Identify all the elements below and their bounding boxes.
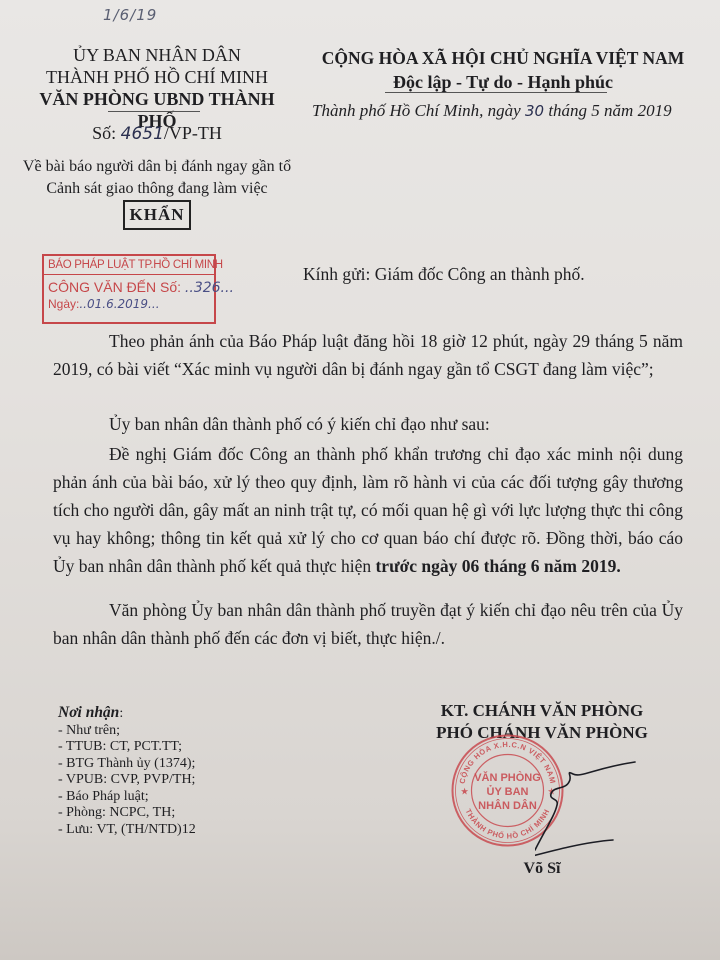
place-date: Thành phố Hồ Chí Minh, ngày 30 tháng 5 n… xyxy=(312,101,672,121)
recipient-item: - Phòng: NCPC, TH; xyxy=(58,805,196,822)
deadline-text: trước ngày 06 tháng 6 năm 2019. xyxy=(375,556,620,576)
receipt-stamp: BÁO PHÁP LUẬT TP.HỒ CHÍ MINH CÔNG VĂN ĐẾ… xyxy=(42,254,216,324)
para4-text: Văn phòng Ủy ban nhân dân thành phố truy… xyxy=(53,600,683,648)
recipient-item: - VPUB: CVP, PVP/TH; xyxy=(58,772,196,789)
national-header: CỘNG HÒA XÃ HỘI CHỦ NGHĨA VIỆT NAM Độc l… xyxy=(303,46,703,94)
signer-name: Võ Sĩ xyxy=(400,860,684,878)
date-day-handwritten: 30 xyxy=(525,102,544,120)
recipients-title: Nơi nhận xyxy=(58,704,119,721)
svg-text:ỦY BAN: ỦY BAN xyxy=(487,785,529,798)
date-suffix: tháng 5 năm 2019 xyxy=(544,101,672,120)
handwritten-note: 1/6/19 xyxy=(103,6,157,24)
subject-line1: Về bài báo người dân bị đánh ngay gần tổ xyxy=(20,156,294,178)
stamp-incoming-number: ..326... xyxy=(185,280,234,296)
recipient-item: - Như trên; xyxy=(58,723,196,740)
svg-text:VĂN PHÒNG: VĂN PHÒNG xyxy=(474,771,541,784)
issuer-header: ỦY BAN NHÂN DÂN THÀNH PHỐ HỒ CHÍ MINH VĂ… xyxy=(20,44,294,132)
para1-text: Theo phản ánh của Báo Pháp luật đăng hồi… xyxy=(53,331,683,379)
recipient-item: - TTUB: CT, PCT.TT; xyxy=(58,739,196,756)
national-title: CỘNG HÒA XÃ HỘI CHỦ NGHĨA VIỆT NAM xyxy=(303,46,703,70)
stamp-date-label: Ngày: xyxy=(48,297,79,311)
stamp-date: Ngày:..01.6.2019... xyxy=(44,296,214,311)
national-motto: Độc lập - Tự do - Hạnh phúc xyxy=(303,70,703,94)
subject-line2: Cảnh sát giao thông đang làm việc xyxy=(20,178,294,200)
stamp-title: BÁO PHÁP LUẬT TP.HỒ CHÍ MINH xyxy=(44,256,214,275)
issuer-line1: ỦY BAN NHÂN DÂN xyxy=(20,44,294,66)
recipient-item: - Lưu: VT, (TH/NTD)12 xyxy=(58,822,196,839)
stamp-incoming-label: CÔNG VĂN ĐẾN Số: xyxy=(48,279,181,295)
recipients-list: Nơi nhận: - Như trên; - TTUB: CT, PCT.TT… xyxy=(58,705,196,838)
body-paragraph-2: Ủy ban nhân dân thành phố có ý kiến chỉ … xyxy=(53,410,683,438)
sign-title-1: KT. CHÁNH VĂN PHÒNG xyxy=(400,700,684,722)
salutation: Kính gửi: Giám đốc Công an thành phố. xyxy=(303,264,585,285)
urgent-label: KHẨN xyxy=(123,200,191,230)
motto-divider xyxy=(385,92,607,93)
number-suffix: /VP-TH xyxy=(164,123,222,143)
issuer-line2: THÀNH PHỐ HỒ CHÍ MINH xyxy=(20,66,294,88)
recipient-item: - Báo Pháp luật; xyxy=(58,789,196,806)
document-subject: Về bài báo người dân bị đánh ngay gần tổ… xyxy=(20,156,294,200)
recipient-item: - BTG Thành ủy (1374); xyxy=(58,756,196,773)
issuer-divider xyxy=(108,111,200,112)
number-handwritten: 4651 xyxy=(121,124,164,144)
document-number: Số: 4651/VP-TH xyxy=(20,123,294,144)
stamp-date-value: ..01.6.2019... xyxy=(79,297,159,311)
body-paragraph-1: Theo phản ánh của Báo Pháp luật đăng hồi… xyxy=(53,327,683,383)
body-paragraph-4: Văn phòng Ủy ban nhân dân thành phố truy… xyxy=(53,596,683,652)
para2-text: Ủy ban nhân dân thành phố có ý kiến chỉ … xyxy=(109,414,490,434)
svg-text:NHÂN DÂN: NHÂN DÂN xyxy=(478,799,537,812)
svg-text:★: ★ xyxy=(461,787,469,796)
handwritten-signature-icon xyxy=(535,760,655,860)
body-paragraph-3: Đề nghị Giám đốc Công an thành phố khẩn … xyxy=(53,440,683,580)
date-prefix: Thành phố Hồ Chí Minh, ngày xyxy=(312,101,525,120)
number-prefix: Số: xyxy=(92,123,121,143)
stamp-incoming: CÔNG VĂN ĐẾN Số: ..326... xyxy=(44,275,214,296)
